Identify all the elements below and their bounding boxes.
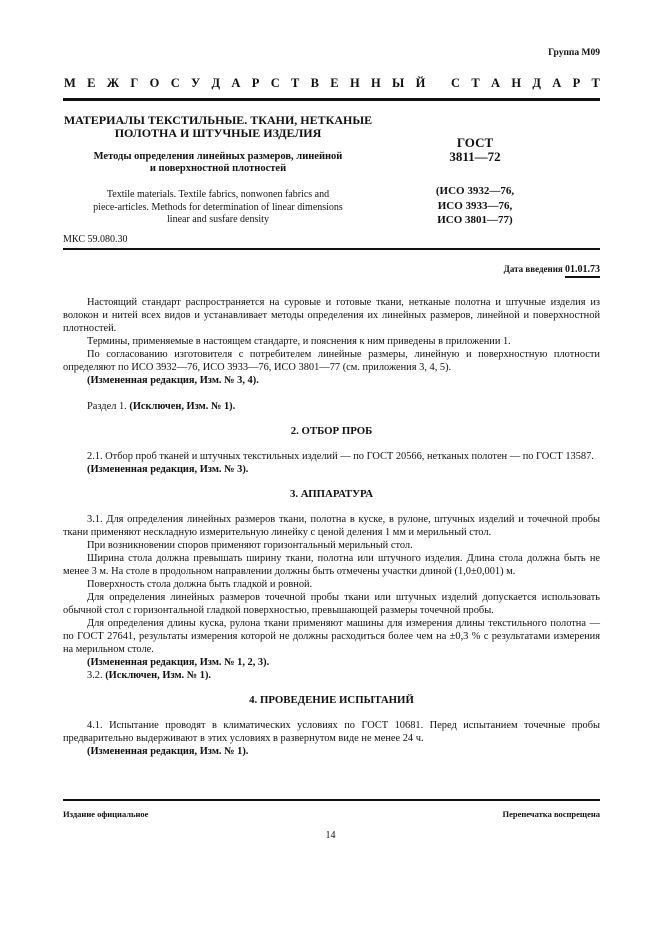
amendment-note: (Измененная редакция, Изм. № 3, 4). [63, 374, 600, 387]
title-en-line: Textile materials. Textile fabrics, nonw… [63, 189, 373, 202]
banner-letter: С [171, 76, 180, 91]
banner-letter: Е [87, 76, 95, 91]
clause-3-2: 3.2. (Исключен, Изм. № 1). [63, 669, 600, 682]
excluded-note: (Исключен, Изм. № 1). [129, 401, 235, 412]
paragraph: Настоящий стандарт распространяется на с… [63, 296, 600, 335]
banner-letter: А [491, 76, 500, 91]
paragraph: 4.1. Испытание проводят в климатических … [63, 719, 600, 745]
paragraph: 3.1. Для определения линейных размеров т… [63, 513, 600, 539]
banner-letter: Й [416, 76, 426, 91]
interstate-standard-banner: МЕЖГОСУДАРСТВЕННЫЙ СТАНДАРТ [64, 76, 600, 91]
mks-code: МКС 59.080.30 [63, 234, 127, 245]
gost-label: ГОСТ [395, 136, 555, 150]
title-sub-line: и поверхностной плотностей [63, 163, 373, 175]
page-number: 14 [0, 830, 661, 841]
section-1-prefix: Раздел 1. [87, 401, 129, 412]
section-heading: 3. АППАРАТУРА [63, 488, 600, 501]
banner-letter: А [552, 76, 561, 91]
official-edition-label: Издание официальное [63, 809, 148, 819]
title-en-line: piece-articles. Methods for determinatio… [63, 202, 373, 215]
iso-ref: (ИСО 3932—76, [395, 184, 555, 199]
title-main: МАТЕРИАЛЫ ТЕКСТИЛЬНЫЕ. ТКАНИ, НЕТКАНЫЕ П… [63, 114, 373, 140]
banner-letter: Н [371, 76, 381, 91]
banner-letter: Т [592, 76, 600, 91]
banner-letter: Ж [107, 76, 119, 91]
date-label: Дата введения [504, 264, 565, 274]
section-1-note: Раздел 1. (Исключен, Изм. № 1). [63, 400, 600, 413]
banner-letter: М [64, 76, 76, 91]
section-heading: 2. ОТБОР ПРОБ [63, 425, 600, 438]
footer-rule [63, 799, 600, 801]
section-heading: 4. ПРОВЕДЕНИЕ ИСПЫТАНИЙ [63, 694, 600, 707]
gost-number: 3811—72 [395, 150, 555, 164]
banner-letter: Д [532, 76, 541, 91]
banner-letter: У [191, 76, 200, 91]
paragraph: Ширина стола должна превышать ширину тка… [63, 552, 600, 578]
paragraph: Поверхность стола должна быть гладкой и … [63, 578, 600, 591]
amendment-note: (Измененная редакция, Изм. № 1). [63, 745, 600, 758]
introduction-date: Дата введения 01.01.73 [504, 264, 600, 275]
paragraph: Термины, применяемые в настоящем стандар… [63, 335, 600, 348]
document-body: Настоящий стандарт распространяется на с… [63, 296, 600, 758]
banner-letter: Е [330, 76, 338, 91]
paragraph: По согласованию изготовителя с потребите… [63, 348, 600, 374]
excluded-note: (Исключен, Изм. № 1). [105, 670, 211, 681]
group-label: Группа М09 [548, 48, 600, 58]
banner-letter: Т [291, 76, 299, 91]
title-rule [63, 248, 600, 250]
iso-ref: ИСО 3801—77) [395, 213, 555, 228]
paragraph: При возникновении споров применяют гориз… [63, 539, 600, 552]
banner-letter: Н [350, 76, 360, 91]
paragraph: 2.1. Отбор проб тканей и штучных текстил… [63, 450, 600, 463]
title-main-line: ПОЛОТНА И ШТУЧНЫЕ ИЗДЕЛИЯ [63, 127, 373, 140]
gost-block: ГОСТ 3811—72 (ИСО 3932—76, ИСО 3933—76, … [395, 136, 555, 228]
banner-letter: Ы [392, 76, 404, 91]
banner-letter: Р [252, 76, 260, 91]
title-sub-line: Методы определения линейных размеров, ли… [63, 151, 373, 163]
banner-letter: Д [212, 76, 221, 91]
banner-letter: С [271, 76, 280, 91]
paragraph: Для определения длины куска, рулона ткан… [63, 617, 600, 656]
title-en-line: linear and susfare density [63, 214, 373, 227]
reprint-prohibited-label: Перепечатка воспрещена [502, 809, 600, 819]
banner-letter: О [150, 76, 160, 91]
date-value: 01.01.73 [565, 264, 600, 278]
banner-letter: В [311, 76, 319, 91]
banner-letter: Г [130, 76, 138, 91]
title-english: Textile materials. Textile fabrics, nonw… [63, 189, 373, 227]
banner-letter: С [451, 76, 460, 91]
banner-letter: Н [511, 76, 521, 91]
banner-letter: Р [573, 76, 581, 91]
header-rule [63, 98, 600, 101]
banner-letter: А [231, 76, 240, 91]
banner-letter [437, 76, 440, 91]
clause-prefix: 3.2. [87, 670, 105, 681]
iso-references: (ИСО 3932—76, ИСО 3933—76, ИСО 3801—77) [395, 184, 555, 228]
iso-ref: ИСО 3933—76, [395, 199, 555, 214]
paragraph: Для определения линейных размеров точечн… [63, 591, 600, 617]
title-subtitle: Методы определения линейных размеров, ли… [63, 151, 373, 175]
title-block: МАТЕРИАЛЫ ТЕКСТИЛЬНЫЕ. ТКАНИ, НЕТКАНЫЕ П… [63, 114, 373, 227]
amendment-note: (Измененная редакция, Изм. № 1, 2, 3). [63, 656, 600, 669]
amendment-note: (Измененная редакция, Изм. № 3). [63, 463, 600, 476]
banner-letter: Т [471, 76, 479, 91]
